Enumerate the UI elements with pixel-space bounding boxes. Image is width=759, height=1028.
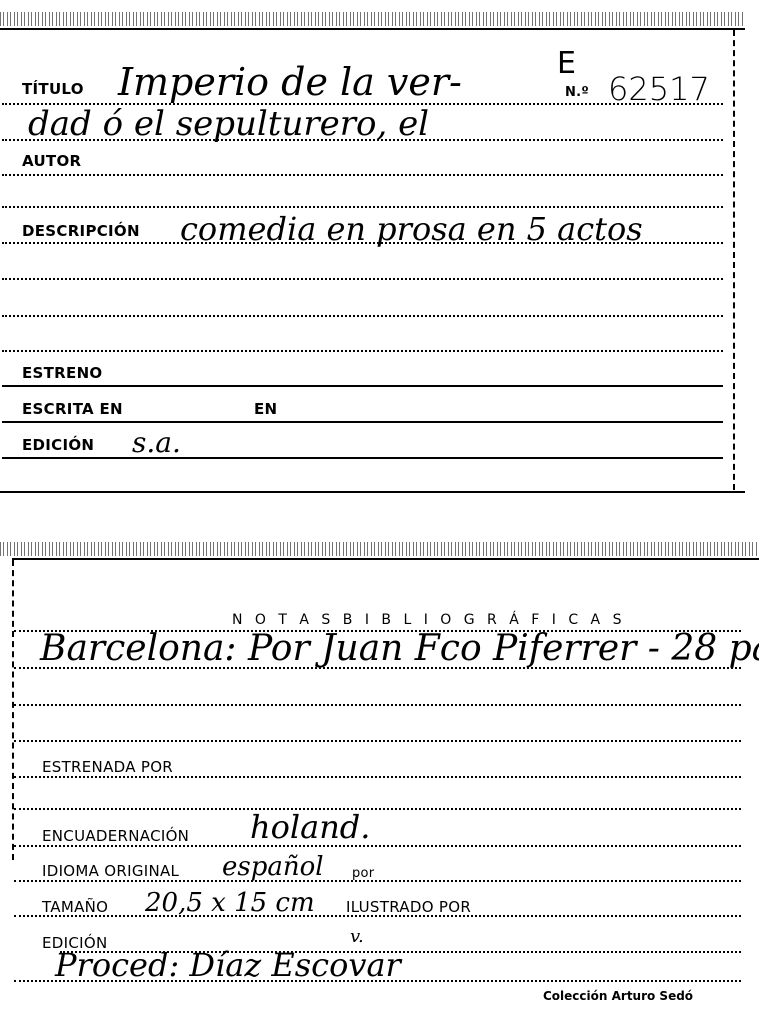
- rule-edicion: [2, 457, 723, 459]
- label-numero: N.º: [565, 85, 589, 100]
- label-titulo: TÍTULO: [22, 80, 84, 98]
- catalog-card-front: TÍTULO Imperio de la ver- E N.º 62517 da…: [0, 0, 759, 492]
- rule-estreno: [2, 385, 723, 387]
- notas-heading: N O T A S B I B L I O G R Á F I C A S: [232, 612, 625, 628]
- label-idioma-original: IDIOMA ORIGINAL: [42, 862, 179, 880]
- rule-procedencia: [14, 980, 741, 982]
- rule-estrenada-2: [14, 808, 741, 810]
- card-left-border: [12, 560, 14, 860]
- collection-footer: Colección Arturo Sedó: [543, 989, 693, 1003]
- label-descripcion: DESCRIPCIÓN: [22, 222, 140, 240]
- section-letter: E: [557, 46, 576, 81]
- rule-notas-4: [14, 740, 741, 742]
- card-separator: [0, 491, 745, 493]
- rule-desc-2: [2, 278, 723, 280]
- value-titulo-line2: dad ó el sepulturero, el: [28, 104, 429, 144]
- rule-desc-4: [2, 350, 723, 352]
- label-escrita-en: ESCRITA EN: [22, 400, 123, 418]
- label-encuadernacion: ENCUADERNACIÓN: [42, 827, 189, 845]
- label-por: por: [352, 866, 374, 881]
- rule-idioma: [14, 880, 741, 882]
- rule-autor-2: [2, 206, 723, 208]
- rule-desc-3: [2, 315, 723, 317]
- card-top-edge: [12, 558, 759, 560]
- label-autor: AUTOR: [22, 152, 81, 170]
- rule-escrita: [2, 421, 723, 423]
- rule-tamano: [14, 915, 741, 917]
- label-estreno: ESTRENO: [22, 364, 102, 382]
- value-edicion: s.a.: [132, 426, 181, 459]
- label-estrenada-por: ESTRENADA POR: [42, 758, 173, 776]
- value-idioma-original: español: [222, 852, 324, 882]
- rule-encuadernacion: [14, 845, 741, 847]
- rule-estrenada: [14, 776, 741, 778]
- value-tamano: 20,5 x 15 cm: [145, 888, 315, 918]
- label-ilustrado-por: ILUSTRADO POR: [346, 898, 471, 916]
- scan-noise-top: [0, 542, 759, 556]
- label-tamano: TAMAÑO: [42, 898, 108, 916]
- scan-noise-top: [0, 12, 745, 26]
- rule-notas-2: [14, 667, 741, 669]
- label-edicion: EDICIÓN: [22, 436, 94, 454]
- value-edicion-mark: v.: [350, 926, 364, 947]
- label-en: EN: [254, 400, 277, 418]
- rule-titulo-2: [2, 139, 723, 141]
- value-notas: Barcelona: Por Juan Fco Piferrer - 28 pá…: [40, 628, 759, 669]
- value-encuadernacion: holand.: [250, 808, 370, 846]
- rule-autor: [2, 174, 723, 176]
- value-titulo-line1: Imperio de la ver-: [118, 60, 462, 104]
- rule-descripcion: [2, 242, 723, 244]
- value-procedencia: Proced: Díaz Escovar: [55, 946, 401, 984]
- card-top-edge: [0, 28, 745, 30]
- rule-notas-3: [14, 704, 741, 706]
- card-right-border: [733, 30, 735, 490]
